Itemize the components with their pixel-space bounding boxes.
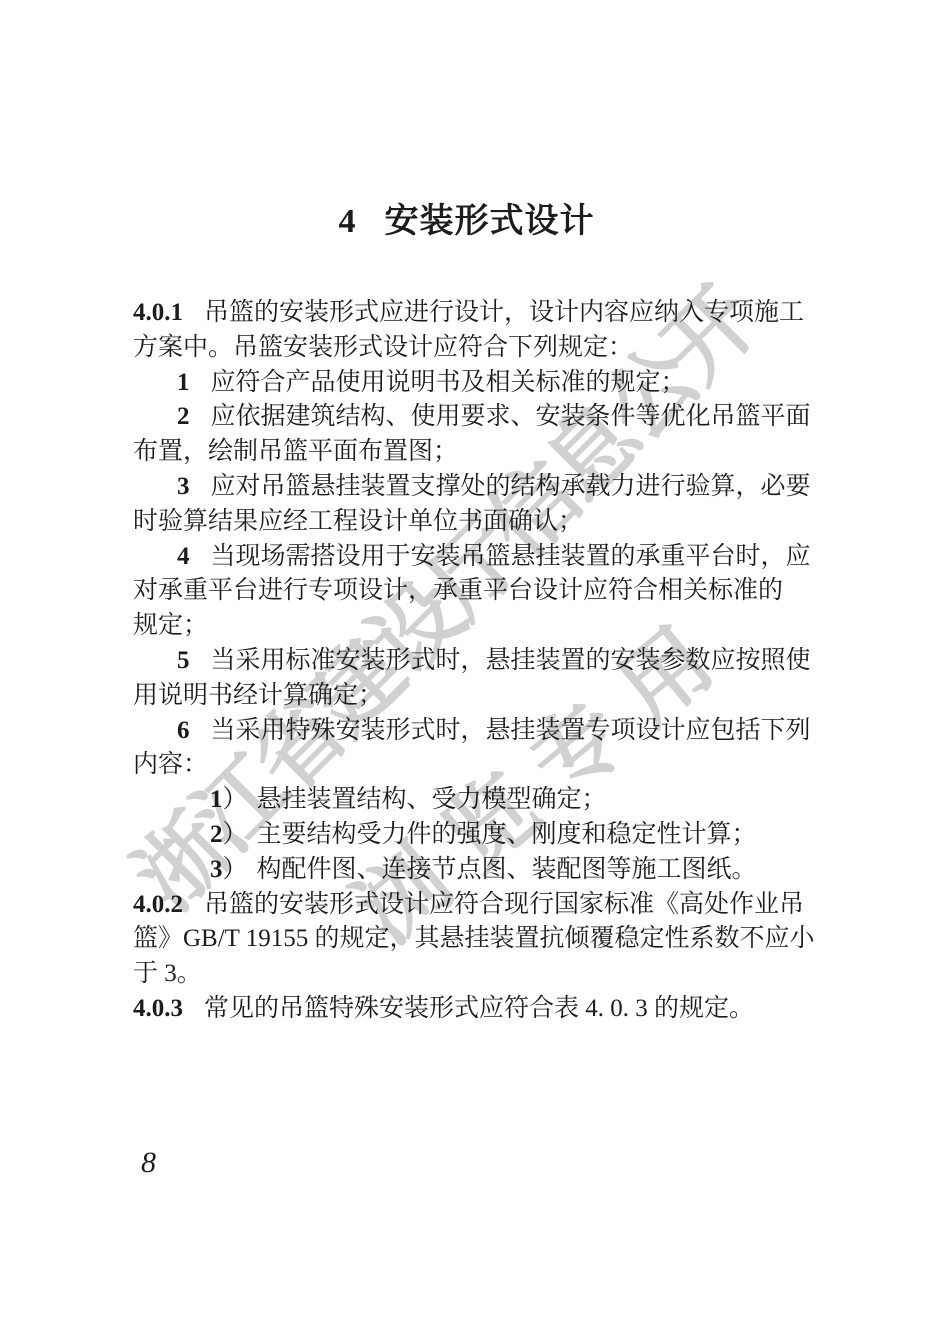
line-text: 应符合产品使用说明书及相关标准的规定；: [211, 369, 686, 396]
chapter-title-text: 安装形式设计: [385, 203, 595, 240]
text-line: 于 3。: [133, 957, 809, 992]
line-text: 于 3。: [133, 960, 202, 987]
line-text: 主要结构受力件的强度、刚度和稳定性计算；: [257, 821, 757, 848]
line-label: 4.0.3: [133, 995, 183, 1022]
line-text: 用说明书经计算确定；: [133, 682, 383, 709]
line-text: 规定；: [133, 612, 208, 639]
line-label: 2: [177, 403, 190, 430]
text-line: 对承重平台进行专项设计，承重平台设计应符合相关标准的: [133, 574, 809, 609]
line-label: 3: [177, 473, 190, 500]
text-line: 4.0.2吊篮的安装形式设计应符合现行国家标准《高处作业吊: [133, 888, 809, 923]
line-text: 应对吊篮悬挂装置支撑处的结构承载力进行验算，必要: [211, 473, 811, 500]
line-text: 吊篮的安装形式设计应符合现行国家标准《高处作业吊: [204, 891, 804, 918]
text-line: 1应符合产品使用说明书及相关标准的规定；: [133, 366, 809, 401]
text-line: 2）主要结构受力件的强度、刚度和稳定性计算；: [133, 818, 809, 853]
text-line: 4.0.3常见的吊篮特殊安装形式应符合表 4. 0. 3 的规定。: [133, 992, 809, 1027]
line-label-paren: ）: [223, 821, 248, 848]
line-text: 悬挂装置结构、受力模型确定；: [257, 786, 607, 813]
text-line: 方案中。吊篮安装形式设计应符合下列规定：: [133, 331, 809, 366]
body-lines: 4.0.1吊篮的安装形式应进行设计，设计内容应纳入专项施工方案中。吊篮安装形式设…: [133, 296, 809, 1027]
line-text: 篮》GB/T 19155 的规定，其悬挂装置抗倾覆稳定性系数不应小: [133, 925, 815, 952]
line-label: 5: [177, 647, 190, 674]
text-line: 3）构配件图、连接节点图、装配图等施工图纸。: [133, 853, 809, 888]
line-label: 2: [210, 821, 223, 848]
line-label: 4.0.1: [133, 299, 183, 326]
text-line: 1）悬挂装置结构、受力模型确定；: [133, 783, 809, 818]
line-text: 内容：: [133, 751, 208, 778]
text-line: 4.0.1吊篮的安装形式应进行设计，设计内容应纳入专项施工: [133, 296, 809, 331]
text-line: 3应对吊篮悬挂装置支撑处的结构承载力进行验算，必要: [133, 470, 809, 505]
text-line: 时验算结果应经工程设计单位书面确认；: [133, 505, 809, 540]
line-label: 4: [177, 543, 190, 570]
line-text: 当采用标准安装形式时，悬挂装置的安装参数应按照使: [211, 647, 811, 674]
line-label: 4.0.2: [133, 891, 183, 918]
text-line: 6当采用特殊安装形式时，悬挂装置专项设计应包括下列: [133, 714, 809, 749]
line-text: 时验算结果应经工程设计单位书面确认；: [133, 508, 583, 535]
line-label: 3: [210, 856, 223, 883]
text-line: 4当现场需搭设用于安装吊篮悬挂装置的承重平台时，应: [133, 540, 809, 575]
line-text: 吊篮的安装形式应进行设计，设计内容应纳入专项施工: [204, 299, 804, 326]
text-line: 用说明书经计算确定；: [133, 679, 809, 714]
line-text: 布置，绘制吊篮平面布置图；: [133, 438, 458, 465]
document-page: 浙江省建设厅信息公开 浏览专用 4安装形式设计 4.0.1吊篮的安装形式应进行设…: [0, 0, 933, 1322]
line-text: 方案中。吊篮安装形式设计应符合下列规定：: [133, 334, 633, 361]
line-text: 当现场需搭设用于安装吊篮悬挂装置的承重平台时，应: [211, 543, 811, 570]
line-text: 当采用特殊安装形式时，悬挂装置专项设计应包括下列: [211, 717, 811, 744]
line-label-paren: ）: [223, 856, 248, 883]
text-line: 布置，绘制吊篮平面布置图；: [133, 435, 809, 470]
page-number: 8: [141, 1146, 156, 1180]
line-text: 对承重平台进行专项设计，承重平台设计应符合相关标准的: [133, 577, 783, 604]
line-label-paren: ）: [223, 786, 248, 813]
chapter-number: 4: [339, 203, 357, 240]
line-label: 6: [177, 717, 190, 744]
line-text: 应依据建筑结构、使用要求、安装条件等优化吊篮平面: [211, 403, 811, 430]
line-text: 常见的吊篮特殊安装形式应符合表 4. 0. 3 的规定。: [204, 995, 754, 1022]
chapter-title: 4安装形式设计: [0, 193, 933, 242]
line-label: 1: [177, 369, 190, 396]
text-line: 内容：: [133, 748, 809, 783]
text-line: 篮》GB/T 19155 的规定，其悬挂装置抗倾覆稳定性系数不应小: [133, 922, 809, 957]
line-label: 1: [210, 786, 223, 813]
text-line: 规定；: [133, 609, 809, 644]
text-line: 2应依据建筑结构、使用要求、安装条件等优化吊篮平面: [133, 400, 809, 435]
text-line: 5当采用标准安装形式时，悬挂装置的安装参数应按照使: [133, 644, 809, 679]
line-text: 构配件图、连接节点图、装配图等施工图纸。: [257, 856, 757, 883]
